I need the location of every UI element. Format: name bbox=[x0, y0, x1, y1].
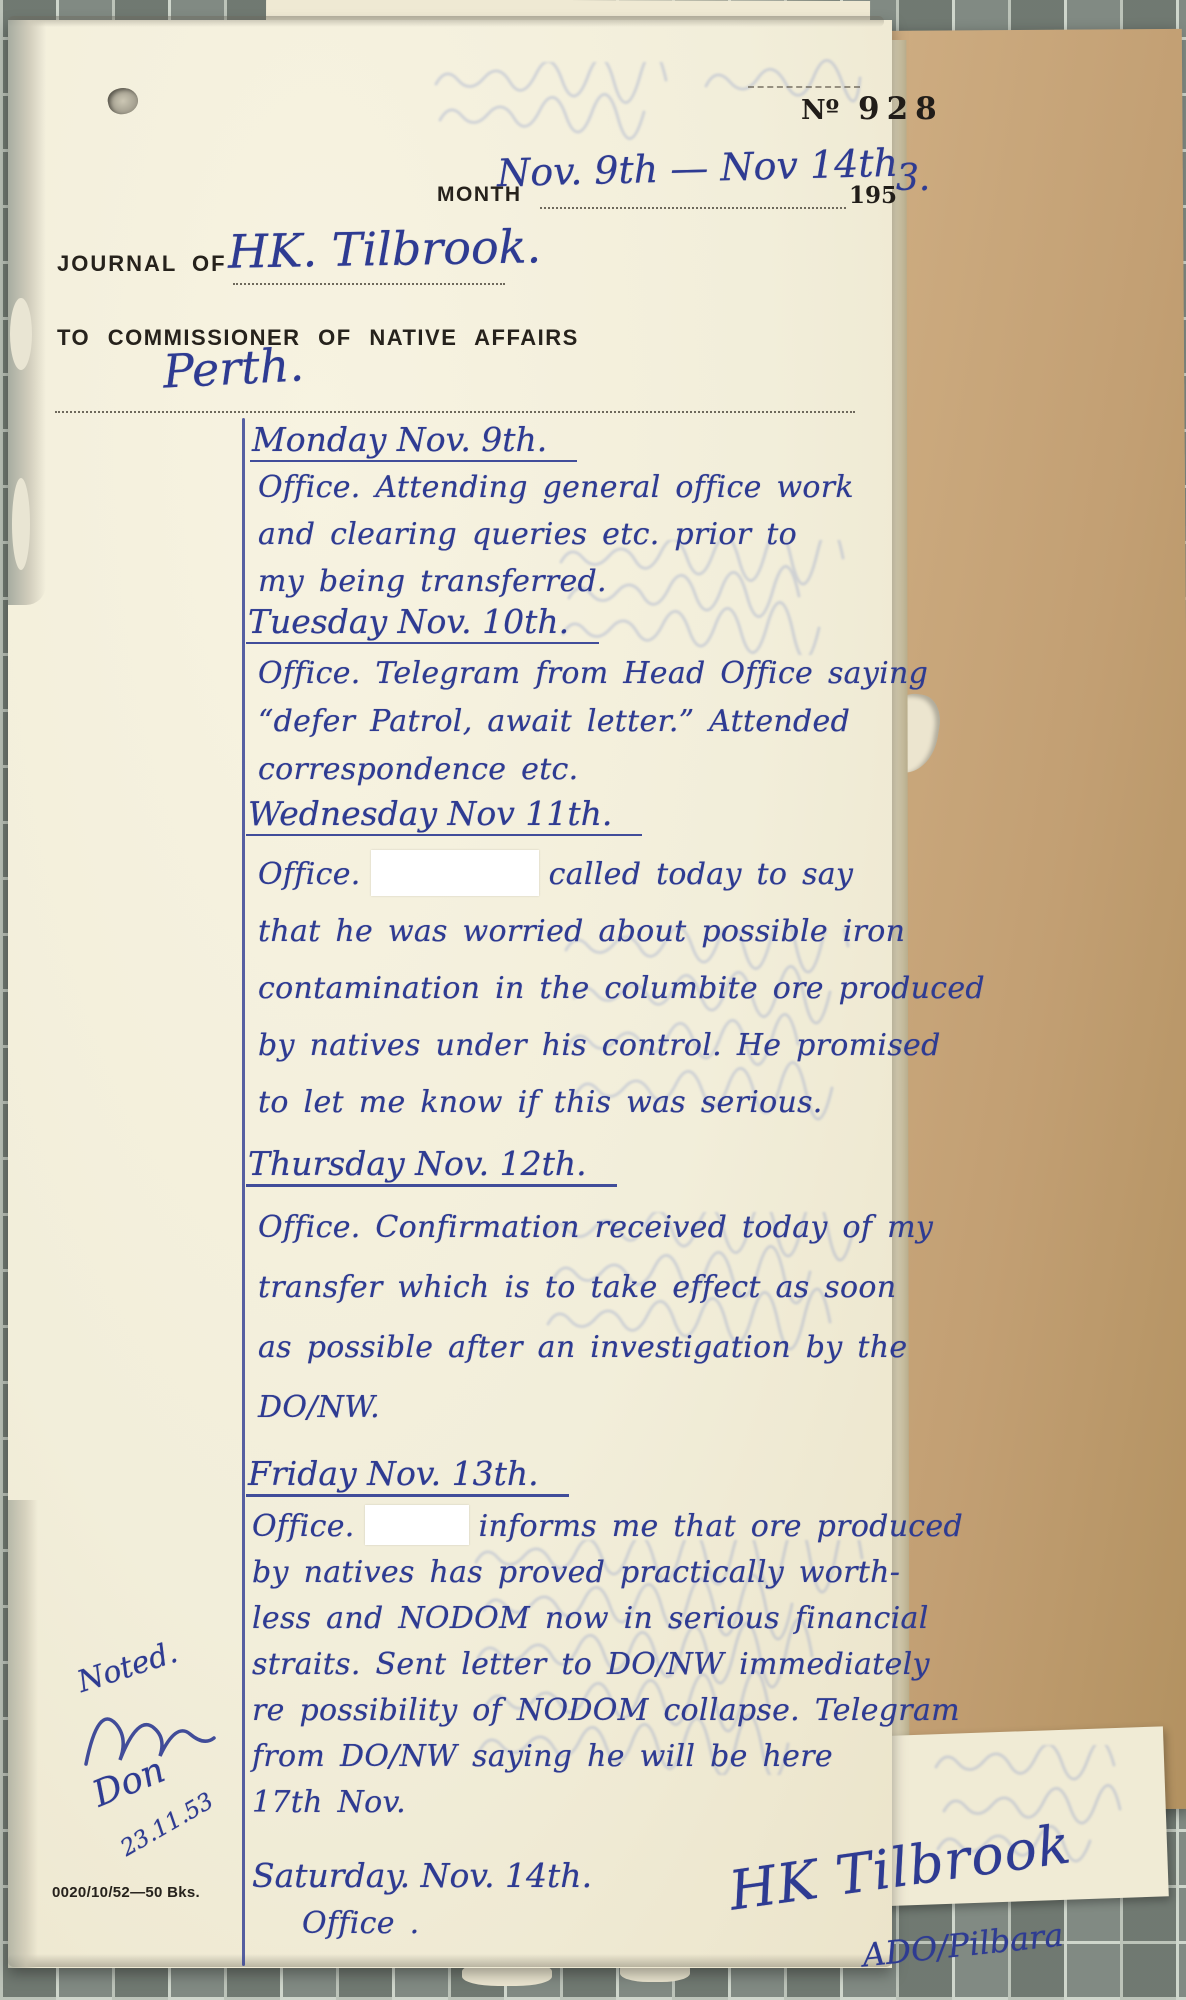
journal-line: by natives has proved practically worth- bbox=[252, 1550, 963, 1596]
journal-line: that he was worried about possible iron bbox=[258, 903, 985, 960]
entry-day-friday: Friday Nov. 13th. bbox=[246, 1454, 569, 1497]
journal-of-dotted-line bbox=[233, 283, 505, 285]
journal-line: Office . bbox=[302, 1906, 419, 1941]
torn-top-edge bbox=[8, 16, 884, 27]
day-heading-text: Friday Nov. 13th. bbox=[246, 1454, 569, 1497]
journal-line: from DO/NW saying he will be here bbox=[252, 1734, 963, 1780]
torn-paper-blob bbox=[12, 478, 30, 570]
bleed-through-writing bbox=[430, 62, 700, 152]
journal-line: straits. Sent letter to DO/NW immediatel… bbox=[252, 1642, 963, 1688]
redaction-box bbox=[365, 1505, 469, 1545]
entry-body-wednesday: Office.called today to say that he was w… bbox=[258, 846, 985, 1131]
torn-bottom-edge bbox=[8, 1954, 892, 1967]
bleed-through-writing bbox=[700, 58, 870, 108]
journal-line: Office. Attending general office work bbox=[258, 464, 854, 511]
journal-line: and clearing queries etc. prior to bbox=[258, 511, 854, 558]
journal-line: Office. Confirmation received today of m… bbox=[258, 1198, 933, 1258]
day-heading-text: Thursday Nov. 12th. bbox=[246, 1144, 617, 1187]
journal-line-with-redaction: Office.called today to say bbox=[258, 846, 985, 903]
journal-line: Office. Telegram from Head Office saying bbox=[258, 650, 928, 698]
year-handwritten-digit: 3. bbox=[896, 158, 930, 199]
day-heading-text: Monday Nov. 9th. bbox=[250, 420, 577, 462]
torn-paper-blob bbox=[10, 298, 32, 370]
day-heading-text: Wednesday Nov 11th. bbox=[246, 794, 642, 836]
entry-day-tuesday: Tuesday Nov. 10th. bbox=[246, 602, 599, 644]
entry-day-thursday: Thursday Nov. 12th. bbox=[246, 1144, 617, 1187]
entry-body-thursday: Office. Confirmation received today of m… bbox=[258, 1198, 933, 1438]
journal-line: to let me know if this was serious. bbox=[258, 1074, 985, 1131]
journal-of-label: JOURNAL OF bbox=[57, 251, 227, 277]
addressee-line: TO COMMISSIONER OF NATIVE AFFAIRS bbox=[57, 325, 579, 351]
journal-line: Office. bbox=[258, 857, 361, 892]
entry-day-wednesday: Wednesday Nov 11th. bbox=[246, 794, 642, 836]
entry-body-monday: Office. Attending general office work an… bbox=[258, 464, 854, 605]
journal-line: re possibility of NODOM collapse. Telegr… bbox=[252, 1688, 963, 1734]
journal-line: DO/NW. bbox=[258, 1378, 933, 1438]
journal-line-with-redaction: Office.informs me that ore produced bbox=[252, 1504, 963, 1550]
form-number-label: Nº bbox=[801, 95, 839, 126]
scanned-journal-photo: Nº 928 MONTH 195 Nov. 9th — Nov 14th 3. … bbox=[0, 0, 1186, 2000]
journal-line: less and NODOM now in serious financial bbox=[252, 1596, 963, 1642]
journal-line: informs me that ore produced bbox=[479, 1509, 963, 1544]
entry-day-monday: Monday Nov. 9th. bbox=[250, 420, 577, 462]
entry-body-tuesday: Office. Telegram from Head Office saying… bbox=[258, 650, 928, 794]
journal-of-handwritten-name: HK. Tilbrook. bbox=[228, 219, 542, 278]
journal-line: transfer which is to take effect as soon bbox=[258, 1258, 933, 1318]
form-number-value: 928 bbox=[858, 91, 944, 127]
month-dotted-line bbox=[540, 207, 846, 209]
stitch-marks bbox=[748, 86, 860, 88]
journal-line: as possible after an investigation by th… bbox=[258, 1318, 933, 1378]
journal-line: “defer Patrol, await letter.” Attended bbox=[258, 698, 928, 746]
day-heading-text: Tuesday Nov. 10th. bbox=[246, 602, 599, 644]
tattered-left-edge-lower bbox=[8, 1500, 38, 1968]
place-handwritten: Perth. bbox=[162, 337, 305, 398]
entry-day-saturday: Saturday. Nov. 14th. bbox=[252, 1856, 592, 1895]
entry-body-friday: Office.informs me that ore produced by n… bbox=[252, 1504, 963, 1826]
header-dotted-rule bbox=[55, 411, 855, 413]
margin-ink-rule bbox=[242, 418, 245, 1966]
year-printed: 195 bbox=[849, 182, 897, 209]
journal-line: correspondence etc. bbox=[258, 746, 928, 794]
journal-line: 17th Nov. bbox=[252, 1780, 963, 1826]
redaction-box bbox=[371, 850, 539, 896]
journal-line: called today to say bbox=[549, 857, 854, 892]
journal-line: by natives under his control. He promise… bbox=[258, 1017, 985, 1074]
journal-line: contamination in the columbite ore produ… bbox=[258, 960, 985, 1017]
entry-body-saturday: Office . bbox=[302, 1906, 419, 1941]
journal-line: my being transferred. bbox=[258, 558, 854, 605]
form-code: 0020/10/52—50 Bks. bbox=[52, 1884, 200, 1901]
journal-line: Office. bbox=[252, 1509, 355, 1544]
